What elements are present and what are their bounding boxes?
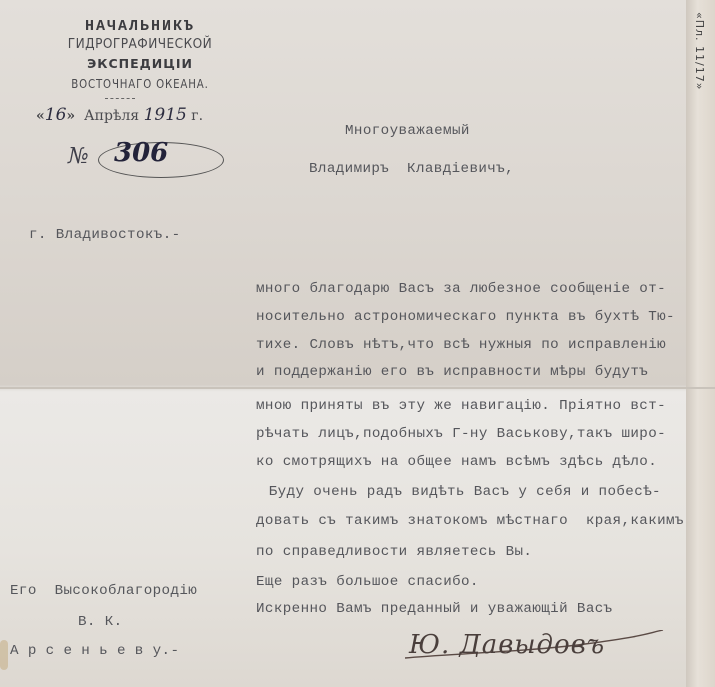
salutation-line-1: Многоуважаемый bbox=[345, 123, 470, 139]
city-line: г. Владивостокъ.- bbox=[29, 227, 181, 243]
paper-stain bbox=[0, 640, 8, 670]
body-line: Искренно Вамъ преданный и уважающій Васъ bbox=[256, 601, 613, 617]
body-line: тихе. Словъ нѣтъ,что всѣ нужныя по испра… bbox=[256, 337, 666, 353]
body-line: и поддержанію его въ исправности мѣры бу… bbox=[256, 364, 648, 380]
addressee-line-3: А р с е н ь е в у.- bbox=[10, 643, 179, 659]
addressee-line-1: Его Высокоблагородію bbox=[10, 583, 197, 599]
body-line: ко смотрящихъ на общее намъ всѣмъ здѣсь … bbox=[256, 454, 657, 470]
letterhead-line-4: ВОСТОЧНАГО ОКЕАНА. bbox=[55, 77, 225, 91]
letterhead-divider bbox=[105, 98, 135, 100]
body-line: рѣчать лицъ,подобныхъ Г-ну Васькову,такъ… bbox=[256, 426, 666, 442]
date-year: 1915 bbox=[144, 105, 187, 125]
date-suffix: г. bbox=[191, 108, 203, 124]
salutation-line-2: Владимиръ Клавдіевичъ, bbox=[309, 161, 514, 177]
addressee-line-2: В. К. bbox=[78, 614, 123, 630]
body-line: много благодарю Васъ за любезное сообщен… bbox=[256, 281, 666, 297]
signature-text: Ю. Давыдовъ bbox=[409, 630, 605, 660]
date-day: 16 bbox=[45, 105, 67, 125]
body-line: мною приняты въ эту же навигацію. Пріятн… bbox=[256, 398, 666, 414]
number-value: 306 bbox=[114, 138, 168, 168]
body-line: Буду очень радъ видѣть Васъ у себя и поб… bbox=[242, 484, 661, 500]
letterhead-line-3: ЭКСПЕДИЦІИ bbox=[40, 56, 240, 71]
date-month: Апрѣля bbox=[84, 108, 139, 124]
body-line: носительно астрономическаго пункта въ бу… bbox=[256, 309, 675, 325]
edge-handwritten-note: «Пл. 11/17» bbox=[693, 12, 706, 90]
letterhead-line-2: ГИДРОГРАФИЧЕСКОЙ bbox=[50, 36, 230, 52]
body-line: Еще разъ большое спасибо. bbox=[256, 574, 479, 590]
handwritten-signature: Ю. Давыдовъ bbox=[405, 630, 665, 670]
letter-date: «16» Апрѣля 1915 г. bbox=[36, 105, 203, 125]
letterhead-title: НАЧАЛЬНИКЪ bbox=[40, 18, 240, 35]
number-sign: № bbox=[68, 144, 89, 169]
underlying-page-edge bbox=[686, 0, 715, 687]
body-line: по справедливости являетесь Вы. bbox=[256, 544, 532, 560]
body-line: довать съ такимъ знатокомъ мѣстнаго края… bbox=[256, 513, 684, 529]
page-fold bbox=[0, 387, 715, 389]
outgoing-number-stamp: № 306 bbox=[62, 140, 172, 176]
